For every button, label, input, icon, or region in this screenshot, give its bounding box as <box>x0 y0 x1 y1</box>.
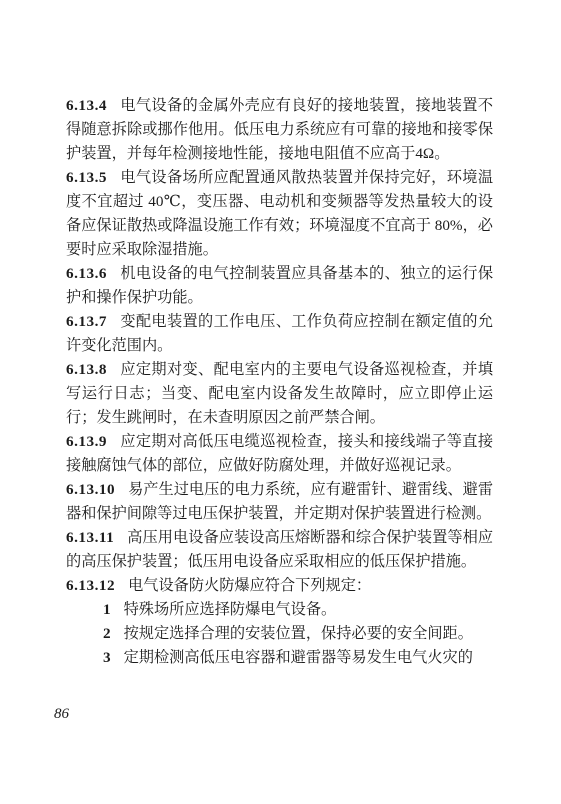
clause-6-13-10: 6.13.10易产生过电压的电力系统，应有避雷针、避雷线、避雷器和保护间隙等过电… <box>66 478 493 526</box>
clause-6-13-12: 6.13.12电气设备防火防爆应符合下列规定： <box>66 574 493 598</box>
clause-text: 电气设备防火防爆应符合下列规定： <box>128 577 371 594</box>
clause-6-13-6: 6.13.6机电设备的电气控制装置应具备基本的、独立的运行保护和操作保护功能。 <box>66 262 493 310</box>
clause-6-13-8: 6.13.8应定期对变、配电室内的主要电气设备巡视检查，并填写运行日志；当变、配… <box>66 358 493 430</box>
sub-item-number: 1 <box>103 601 111 618</box>
sub-item-2: 2按规定选择合理的安装位置，保持必要的安全间距。 <box>66 622 493 646</box>
sub-item-text: 按规定选择合理的安装位置，保持必要的安全间距。 <box>124 625 473 642</box>
clause-text: 电气设备的金属外壳应有良好的接地装置，接地装置不得随意拆除或挪作他用。低压电力系… <box>66 97 493 162</box>
clause-6-13-5: 6.13.5电气设备场所应配置通风散热装置并保持完好，环境温度不宜超过 40℃，… <box>66 166 493 262</box>
page-number: 86 <box>54 702 69 726</box>
clause-id: 6.13.9 <box>66 433 107 450</box>
clause-id: 6.13.5 <box>66 169 107 186</box>
page-body-text: 6.13.4电气设备的金属外壳应有良好的接地装置，接地装置不得随意拆除或挪作他用… <box>66 94 493 670</box>
clause-text: 高压用电设备应装设高压熔断器和综合保护装置等相应的高压保护装置；低压用电设备应采… <box>66 529 493 570</box>
clause-id: 6.13.11 <box>66 529 114 546</box>
clause-6-13-9: 6.13.9应定期对高低压电缆巡视检查，接头和接线端子等直接接触腐蚀气体的部位，… <box>66 430 493 478</box>
clause-6-13-11: 6.13.11高压用电设备应装设高压熔断器和综合保护装置等相应的高压保护装置；低… <box>66 526 493 574</box>
sub-item-number: 3 <box>103 649 111 666</box>
clause-id: 6.13.12 <box>66 577 115 594</box>
clause-id: 6.13.10 <box>66 481 115 498</box>
clause-6-13-7: 6.13.7变配电装置的工作电压、工作负荷应控制在额定值的允许变化范围内。 <box>66 310 493 358</box>
clause-text: 机电设备的电气控制装置应具备基本的、独立的运行保护和操作保护功能。 <box>66 265 493 306</box>
sub-item-text: 特殊场所应选择防爆电气设备。 <box>124 601 337 618</box>
clause-text: 电气设备场所应配置通风散热装置并保持完好，环境温度不宜超过 40℃，变压器、电动… <box>66 169 493 258</box>
sub-item-1: 1特殊场所应选择防爆电气设备。 <box>66 598 493 622</box>
clause-text: 应定期对高低压电缆巡视检查，接头和接线端子等直接接触腐蚀气体的部位，应做好防腐处… <box>66 433 493 474</box>
clause-text: 易产生过电压的电力系统，应有避雷针、避雷线、避雷器和保护间隙等过电压保护装置，并… <box>66 481 493 522</box>
sub-item-number: 2 <box>103 625 111 642</box>
clause-id: 6.13.7 <box>66 313 107 330</box>
clause-id: 6.13.8 <box>66 361 107 378</box>
sub-item-3: 3定期检测高低压电容器和避雷器等易发生电气火灾的 <box>66 646 493 670</box>
clause-id: 6.13.4 <box>66 97 107 114</box>
document-page: 6.13.4电气设备的金属外壳应有良好的接地装置，接地装置不得随意拆除或挪作他用… <box>0 0 561 804</box>
clause-6-13-4: 6.13.4电气设备的金属外壳应有良好的接地装置，接地装置不得随意拆除或挪作他用… <box>66 94 493 166</box>
sub-item-text: 定期检测高低压电容器和避雷器等易发生电气火灾的 <box>124 649 473 666</box>
clause-text: 变配电装置的工作电压、工作负荷应控制在额定值的允许变化范围内。 <box>66 313 493 354</box>
clause-id: 6.13.6 <box>66 265 107 282</box>
clause-text: 应定期对变、配电室内的主要电气设备巡视检查，并填写运行日志；当变、配电室内设备发… <box>66 361 493 426</box>
